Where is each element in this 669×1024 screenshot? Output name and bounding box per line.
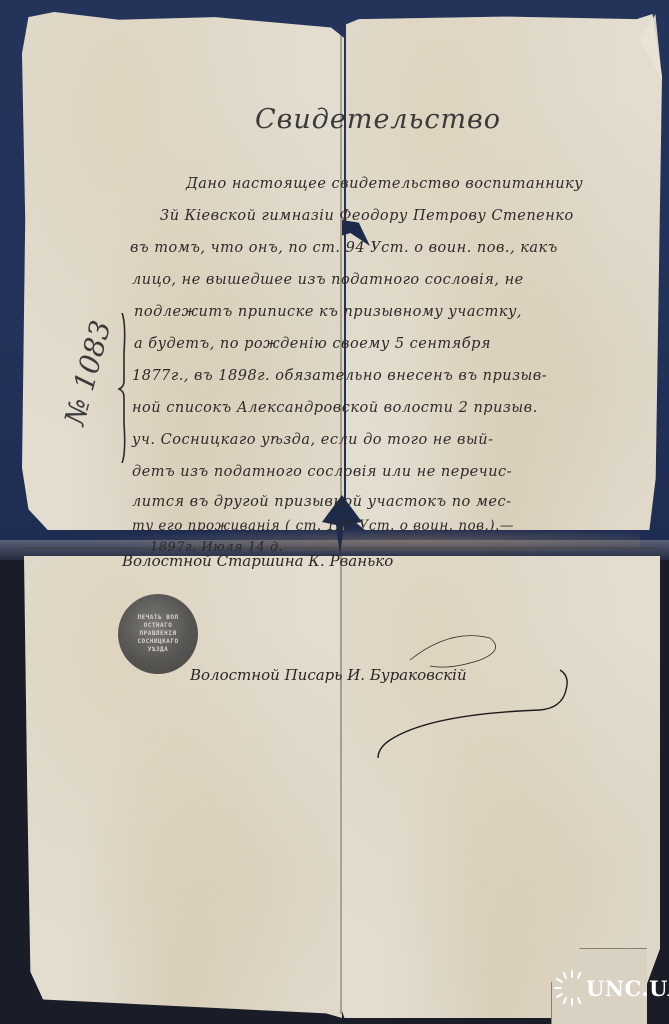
body-line-3: въ томъ, что онъ, по ст. 94 Уст. о воин.…	[130, 240, 558, 256]
seal-text-line: СОСНИЦКАГО	[137, 638, 178, 646]
signature-elder: Волостной Старшина К. Рванько	[122, 552, 393, 570]
seal-text-line: ОСТНАГО	[144, 622, 173, 630]
seal-text-line: ПЕЧАТЬ ВОЛ	[137, 614, 178, 622]
signature-flourish-icon	[370, 630, 600, 760]
body-line-8: ной списокъ Александровской волости 2 пр…	[132, 400, 538, 416]
body-line-1: Дано настоящее свидетельство воспитанник…	[186, 176, 583, 192]
seal-text-line: УѢЗДА	[148, 646, 169, 654]
document-title: Свидетельство	[255, 104, 501, 135]
watermark: UNC.UA	[552, 968, 669, 1008]
watermark-text: UNC.UA	[586, 976, 669, 1001]
body-line-5: подлежитъ приписке къ призывному участку…	[134, 304, 522, 320]
ink-stamp-seal: ПЕЧАТЬ ВОЛ ОСТНАГО ПРАВЛЕНІЯ СОСНИЦКАГО …	[118, 594, 198, 674]
seal-text-line: ПРАВЛЕНІЯ	[139, 630, 176, 638]
body-line-6: а будетъ, по рожденію своему 5 сентября	[134, 336, 491, 352]
brace-icon	[118, 313, 128, 463]
body-line-4: лицо, не вышедшее изъ податного сословія…	[132, 272, 524, 288]
body-line-2: 3й Кіевской гимназіи Феодору Петрову Сте…	[160, 208, 574, 224]
body-line-7: 1877г., въ 1898г. обязательно внесенъ въ…	[132, 368, 547, 384]
body-line-9: уч. Сосницкаго уѣзда, если до того не вы…	[132, 432, 494, 448]
body-line-12: ту его проживанія ( ст. 120 Уст. о воин.…	[132, 518, 514, 534]
body-line-11: лится въ другой призывной участокъ по ме…	[132, 494, 512, 510]
paper-panel-top-left	[22, 12, 344, 530]
body-line-10: детъ изъ податного сословія или не переч…	[132, 464, 512, 480]
